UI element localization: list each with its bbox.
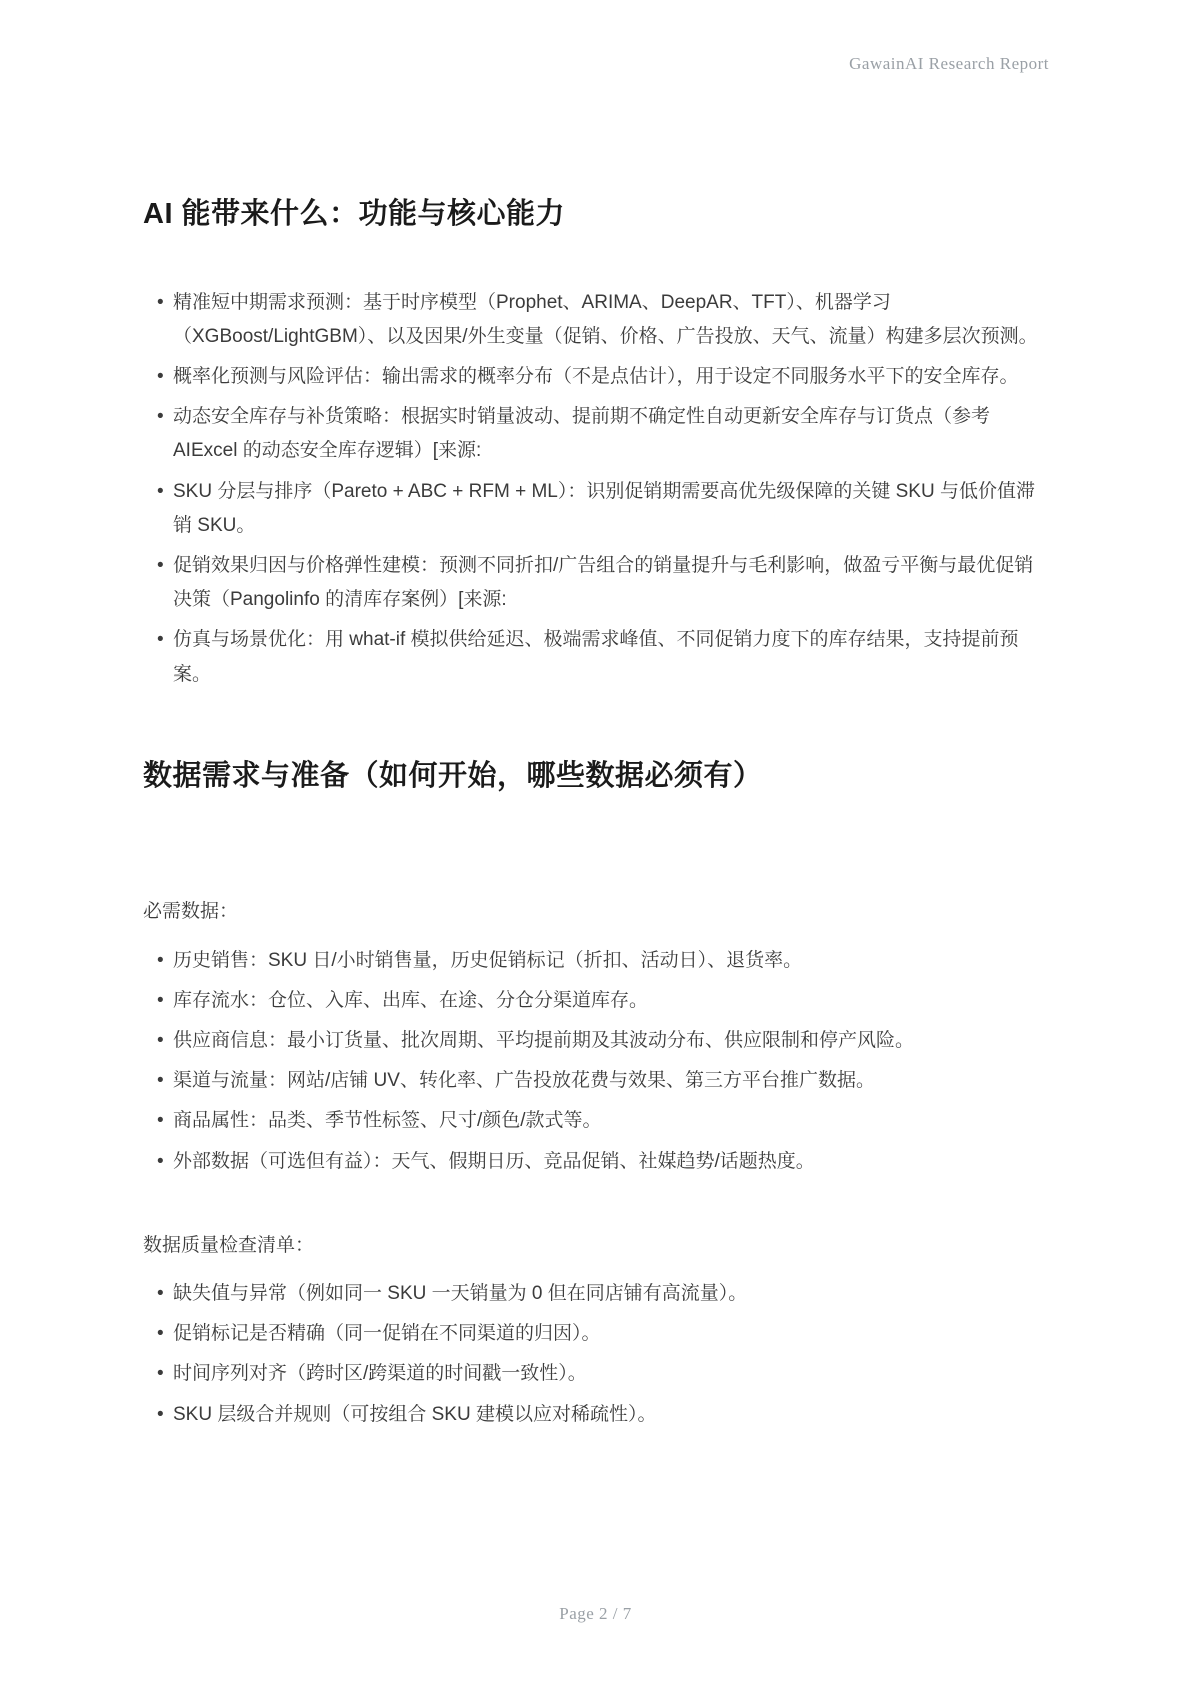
list-item: 历史销售：SKU 日/小时销售量，历史促销标记（折扣、活动日）、退货率。	[173, 944, 1049, 978]
data-quality-bullet-list: 缺失值与异常（例如同一 SKU 一天销量为 0 但在同店铺有高流量）。 促销标记…	[143, 1277, 1049, 1432]
list-item: 供应商信息：最小订货量、批次周期、平均提前期及其波动分布、供应限制和停产风险。	[173, 1024, 1049, 1058]
list-item: SKU 分层与排序（Pareto + ABC + RFM + ML）：识别促销期…	[173, 475, 1049, 543]
list-item: 促销标记是否精确（同一促销在不同渠道的归因）。	[173, 1317, 1049, 1351]
list-item: 时间序列对齐（跨时区/跨渠道的时间戳一致性）。	[173, 1357, 1049, 1391]
list-item: 概率化预测与风险评估：输出需求的概率分布（不是点估计），用于设定不同服务水平下的…	[173, 360, 1049, 394]
list-item: 仿真与场景优化：用 what-if 模拟供给延迟、极端需求峰值、不同促销力度下的…	[173, 623, 1049, 691]
section-title-ai-capabilities: AI 能带来什么：功能与核心能力	[143, 196, 1049, 234]
list-item: 商品属性：品类、季节性标签、尺寸/颜色/款式等。	[173, 1104, 1049, 1138]
data-quality-checklist-label: 数据质量检查清单：	[143, 1229, 1049, 1263]
page-number-footer: Page 2 / 7	[0, 1604, 1191, 1624]
list-item: 动态安全库存与补货策略：根据实时销量波动、提前期不确定性自动更新安全库存与订货点…	[173, 400, 1049, 468]
list-item: 渠道与流量：网站/店铺 UV、转化率、广告投放花费与效果、第三方平台推广数据。	[173, 1064, 1049, 1098]
list-item: 精准短中期需求预测：基于时序模型（Prophet、ARIMA、DeepAR、TF…	[173, 286, 1049, 354]
features-bullet-list: 精准短中期需求预测：基于时序模型（Prophet、ARIMA、DeepAR、TF…	[143, 286, 1049, 692]
list-item: 库存流水：仓位、入库、出库、在途、分仓分渠道库存。	[173, 984, 1049, 1018]
list-item: SKU 层级合并规则（可按组合 SKU 建模以应对稀疏性）。	[173, 1398, 1049, 1432]
report-page: GawainAI Research Report AI 能带来什么：功能与核心能…	[0, 0, 1191, 1684]
section-title-data-requirements: 数据需求与准备（如何开始，哪些数据必须有）	[143, 758, 1049, 796]
list-item: 缺失值与异常（例如同一 SKU 一天销量为 0 但在同店铺有高流量）。	[173, 1277, 1049, 1311]
required-data-label: 必需数据：	[143, 895, 1049, 929]
page-content: AI 能带来什么：功能与核心能力 精准短中期需求预测：基于时序模型（Prophe…	[143, 0, 1049, 1438]
required-data-bullet-list: 历史销售：SKU 日/小时销售量，历史促销标记（折扣、活动日）、退货率。 库存流…	[143, 944, 1049, 1179]
list-item: 促销效果归因与价格弹性建模：预测不同折扣/广告组合的销量提升与毛利影响，做盈亏平…	[173, 549, 1049, 617]
list-item: 外部数据（可选但有益）：天气、假期日历、竞品促销、社媒趋势/话题热度。	[173, 1145, 1049, 1179]
